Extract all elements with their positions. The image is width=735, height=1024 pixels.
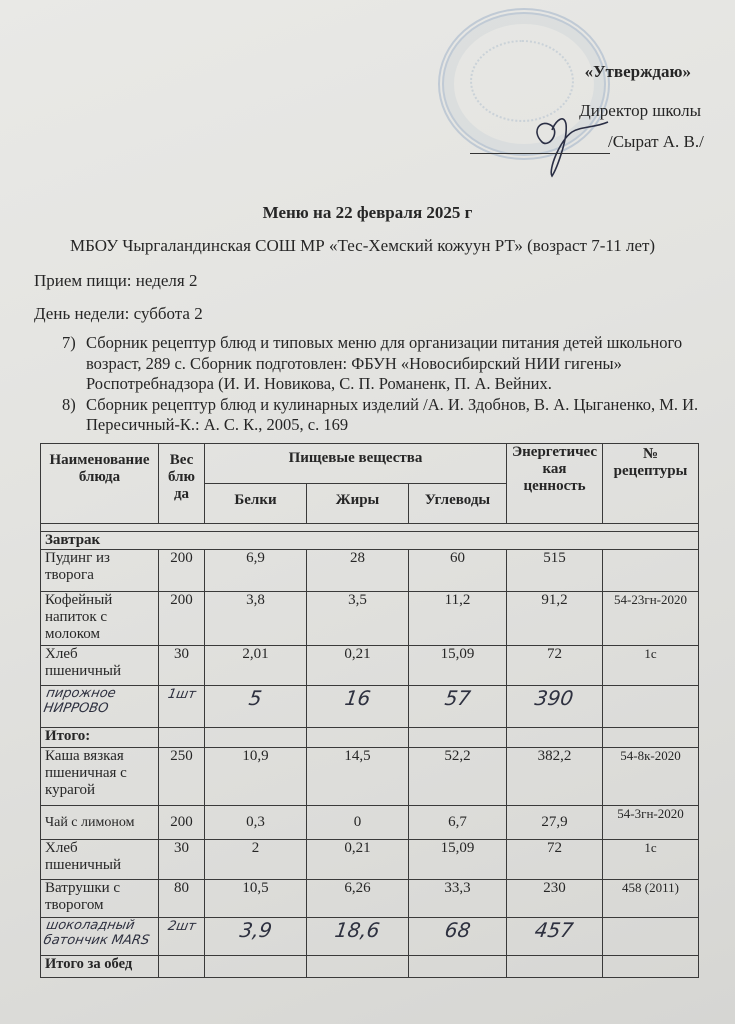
dish-recipe xyxy=(603,918,699,956)
week-day: День недели: суббота 2 xyxy=(34,304,203,324)
table-row-handwritten: шоколадный батончик MARS 2шт 3,9 18,6 68… xyxy=(41,918,699,956)
dish-protein: 6,9 xyxy=(205,550,307,592)
dish-protein: 3,8 xyxy=(205,592,307,646)
dish-carbs: 52,2 xyxy=(409,748,507,806)
dish-recipe: 54-8к-2020 xyxy=(603,748,699,806)
dish-weight: 2шт xyxy=(166,919,196,934)
dish-weight: 30 xyxy=(159,840,205,880)
dish-weight: 250 xyxy=(159,748,205,806)
dish-weight: 30 xyxy=(159,646,205,686)
dish-protein: 10,5 xyxy=(205,880,307,918)
header-weight: Вес блю да xyxy=(159,444,205,524)
approval-title: «Утверждаю» xyxy=(585,62,691,82)
dish-protein: 5 xyxy=(247,686,263,710)
dish-energy: 515 xyxy=(507,550,603,592)
reference-text: Сборник рецептур блюд и типовых меню для… xyxy=(86,333,702,395)
dish-recipe xyxy=(603,686,699,728)
dish-carbs: 11,2 xyxy=(409,592,507,646)
reference-item: 8) Сборник рецептур блюд и кулинарных из… xyxy=(62,395,702,436)
menu-table: Наименование блюда Вес блю да Пищевые ве… xyxy=(40,443,699,978)
section-title-breakfast: Завтрак xyxy=(41,532,699,550)
header-nutrients: Пищевые вещества xyxy=(205,444,507,484)
director-name: /Сырат А. В./ xyxy=(608,132,704,152)
dish-energy: 72 xyxy=(507,840,603,880)
header-recipe: № рецептуры xyxy=(603,444,699,524)
meal-week: Прием пищи: неделя 2 xyxy=(34,271,197,291)
dish-fat: 0,21 xyxy=(307,840,409,880)
dish-fat: 0 xyxy=(307,806,409,840)
dish-protein: 0,3 xyxy=(205,806,307,840)
director-signature-icon xyxy=(512,100,612,180)
total-label: Итого за обед xyxy=(41,956,159,978)
dish-recipe: 458 (2011) xyxy=(603,880,699,918)
table-row: Ватрушки с творогом 80 10,5 6,26 33,3 23… xyxy=(41,880,699,918)
dish-name: пирожное НИРРОВО xyxy=(42,686,156,716)
dish-protein: 3,9 xyxy=(238,918,273,942)
dish-name: Кофейный напиток с молоком xyxy=(41,592,159,646)
dish-energy: 457 xyxy=(534,918,576,942)
dish-carbs: 60 xyxy=(409,550,507,592)
dish-fat: 14,5 xyxy=(307,748,409,806)
dish-name: Каша вязкая пшеничная с курагой xyxy=(41,748,159,806)
dish-protein: 2 xyxy=(205,840,307,880)
dish-fat: 0,21 xyxy=(307,646,409,686)
dish-fat: 3,5 xyxy=(307,592,409,646)
dish-energy: 72 xyxy=(507,646,603,686)
dish-weight: 200 xyxy=(159,806,205,840)
dish-carbs: 6,7 xyxy=(409,806,507,840)
dish-fat: 18,6 xyxy=(334,918,382,942)
dish-carbs: 15,09 xyxy=(409,646,507,686)
dish-weight: 200 xyxy=(159,550,205,592)
dish-recipe: 54-23гн-2020 xyxy=(603,592,699,646)
reference-number: 8) xyxy=(62,395,86,436)
dish-fat: 28 xyxy=(307,550,409,592)
dish-carbs: 68 xyxy=(443,918,472,942)
dish-weight: 80 xyxy=(159,880,205,918)
dish-fat: 6,26 xyxy=(307,880,409,918)
dish-energy: 91,2 xyxy=(507,592,603,646)
dish-energy: 382,2 xyxy=(507,748,603,806)
dish-carbs: 15,09 xyxy=(409,840,507,880)
dish-name: Ватрушки с творогом xyxy=(41,880,159,918)
header-energy: Энергетичес кая ценность xyxy=(507,444,603,524)
total-row: Итого за обед xyxy=(41,956,699,978)
reference-text: Сборник рецептур блюд и кулинарных издел… xyxy=(86,395,702,436)
dish-name: Хлеб пшеничный xyxy=(41,646,159,686)
header-spacer xyxy=(41,524,699,532)
dish-recipe: 1с xyxy=(603,840,699,880)
dish-carbs: 33,3 xyxy=(409,880,507,918)
dish-name: Пудинг из творога xyxy=(41,550,159,592)
table-row: Пудинг из творога 200 6,9 28 60 515 xyxy=(41,550,699,592)
table-row: Каша вязкая пшеничная с курагой 250 10,9… xyxy=(41,748,699,806)
header-protein: Белки xyxy=(205,484,307,524)
dish-energy: 27,9 xyxy=(507,806,603,840)
dish-weight: 200 xyxy=(159,592,205,646)
reference-number: 7) xyxy=(62,333,86,395)
table-row: Кофейный напиток с молоком 200 3,8 3,5 1… xyxy=(41,592,699,646)
table-row-handwritten: пирожное НИРРОВО 1шт 5 16 57 390 xyxy=(41,686,699,728)
dish-fat: 16 xyxy=(343,686,372,710)
dish-name: шоколадный батончик MARS xyxy=(42,918,156,948)
header-dish-name: Наименование блюда xyxy=(41,444,159,524)
table-row: Хлеб пшеничный 30 2,01 0,21 15,09 72 1с xyxy=(41,646,699,686)
dish-name: Чай с лимоном xyxy=(41,806,159,840)
page-title: Меню на 22 февраля 2025 г xyxy=(0,203,735,223)
total-row: Итого: xyxy=(41,728,699,748)
dish-recipe xyxy=(603,550,699,592)
header-carbs: Углеводы xyxy=(409,484,507,524)
table-row: Хлеб пшеничный 30 2 0,21 15,09 72 1с xyxy=(41,840,699,880)
table-row: Чай с лимоном 200 0,3 0 6,7 27,9 54-3гн-… xyxy=(41,806,699,840)
header-fat: Жиры xyxy=(307,484,409,524)
dish-carbs: 57 xyxy=(443,686,472,710)
reference-item: 7) Сборник рецептур блюд и типовых меню … xyxy=(62,333,702,395)
signature-line xyxy=(470,153,610,154)
references-list: 7) Сборник рецептур блюд и типовых меню … xyxy=(62,333,702,436)
total-label: Итого: xyxy=(41,728,159,748)
dish-energy: 390 xyxy=(534,686,576,710)
dish-weight: 1шт xyxy=(166,687,196,702)
dish-energy: 230 xyxy=(507,880,603,918)
dish-name: Хлеб пшеничный xyxy=(41,840,159,880)
school-name: МБОУ Чыргаландинская СОШ МР «Тес-Хемский… xyxy=(70,236,655,256)
dish-recipe: 1с xyxy=(603,646,699,686)
dish-protein: 10,9 xyxy=(205,748,307,806)
dish-recipe: 54-3гн-2020 xyxy=(603,806,699,840)
dish-protein: 2,01 xyxy=(205,646,307,686)
